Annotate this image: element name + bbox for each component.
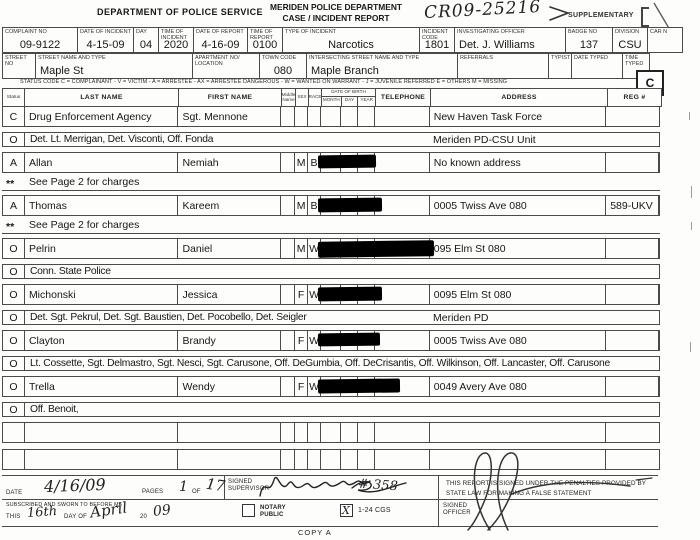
col-dob: DATE OF BIRTH MONTH DAY YEAR bbox=[322, 89, 376, 106]
reg-cell bbox=[606, 450, 659, 469]
penalty-statement: THIS REPORT IS SIGNED UNDER THE PENALTIE… bbox=[446, 479, 654, 499]
field-date-of-report: DATE OF REPORT4-16-09 bbox=[193, 27, 248, 53]
sex-cell: M bbox=[295, 196, 308, 215]
middle-name-cell bbox=[281, 331, 295, 350]
date-handwritten: 4/16/09 bbox=[44, 475, 106, 496]
notary-label: NOTARY PUBLIC bbox=[260, 505, 286, 519]
notary-label-line1: NOTARY bbox=[260, 505, 286, 511]
roster-row: OTrellaWendyFW0049 Avery Ave 080 bbox=[2, 376, 660, 397]
status-cell: C bbox=[3, 107, 25, 126]
field-label: INVESTIGATING OFFICER bbox=[455, 28, 565, 35]
pages-total-handwritten: 17 bbox=[205, 475, 226, 495]
scan-mark bbox=[690, 342, 691, 352]
middle-name-cell bbox=[281, 107, 295, 126]
date-label: DATE bbox=[6, 490, 22, 497]
this-label: THIS bbox=[6, 514, 20, 521]
field-label: TOWN CODE bbox=[260, 54, 306, 61]
col-sex-label: SEX bbox=[297, 95, 306, 100]
field-time-of-report: TIME OF REPORT0100 bbox=[247, 27, 283, 53]
incident-report-page: DEPARTMENT OF POLICE SERVICE MERIDEN POL… bbox=[0, 0, 700, 540]
supplementary-checkbox bbox=[641, 7, 649, 27]
sex-cell bbox=[295, 450, 308, 469]
reg-cell bbox=[606, 285, 659, 304]
field-apartment-no-location: APARTMENT NO/ LOCATION bbox=[192, 53, 260, 79]
telephone-cell bbox=[375, 331, 430, 350]
address-cell: 095 Elm St 080 bbox=[430, 239, 606, 258]
dob-redaction-bar bbox=[318, 378, 400, 393]
roster-row: OLt. Cossette, Sgt. Delmastro, Sgt. Nesc… bbox=[2, 356, 660, 371]
address-cell bbox=[430, 450, 606, 469]
col-race-label: RACE bbox=[309, 95, 321, 100]
field-street-name-and-type: STREET NAME AND TYPEMaple St bbox=[35, 53, 193, 79]
field-label: TYPE OF INCIDENT bbox=[283, 28, 419, 35]
first-name-cell bbox=[178, 450, 281, 469]
dob-year-cell bbox=[358, 450, 375, 469]
notary-label-line2: PUBLIC bbox=[260, 512, 284, 518]
last-name-cell: Trella bbox=[25, 377, 179, 396]
field-label: INTERSECTING STREET NAME AND TYPE bbox=[307, 54, 457, 61]
scan-mark bbox=[691, 222, 692, 230]
roster-row: CDrug Enforcement AgencySgt. MennoneNew … bbox=[2, 106, 660, 127]
middle-name-cell bbox=[281, 285, 295, 304]
col-dob-subheaders: MONTH DAY YEAR bbox=[322, 96, 375, 106]
dob-day-cell bbox=[341, 107, 358, 126]
first-name-cell: Nemiah bbox=[178, 153, 281, 172]
status-cell: ** bbox=[6, 178, 14, 190]
race-cell bbox=[308, 450, 321, 469]
cgs-label: 1-24 CGS bbox=[358, 507, 391, 515]
status-cell: ** bbox=[6, 221, 14, 233]
telephone-cell bbox=[375, 285, 430, 304]
field-label: DAY bbox=[134, 28, 158, 35]
supplementary-label: SUPPLEMENTARY bbox=[568, 12, 634, 19]
col-first-name: FIRST NAME bbox=[179, 89, 282, 106]
status-cell: O bbox=[3, 357, 25, 370]
col-middle-name: Middle Name bbox=[282, 89, 296, 106]
field-label: STREET NAME AND TYPE bbox=[36, 54, 192, 61]
sex-cell bbox=[295, 423, 308, 442]
col-race: RACE bbox=[309, 89, 322, 106]
sworn-month-handwritten: April bbox=[89, 498, 128, 521]
field-label: DATE OF INCIDENT bbox=[78, 28, 133, 35]
status-cell: O bbox=[3, 311, 25, 324]
address-cell: 0005 Twiss Ave 080 bbox=[430, 196, 606, 215]
address-cell bbox=[430, 423, 606, 442]
field-car-n: CAR N bbox=[647, 27, 683, 53]
field-value: CSU bbox=[613, 39, 647, 51]
col-dob-month-label: MONTH bbox=[322, 97, 342, 106]
address-cell: Meriden PD bbox=[433, 312, 488, 324]
signed-officer-label-line2: OFFICER bbox=[443, 510, 471, 516]
field-date-typed: DATE TYPED bbox=[571, 53, 623, 79]
dob-day-cell bbox=[341, 423, 358, 442]
field-label: REFERRALS bbox=[458, 54, 548, 61]
col-middle-name-label: Middle Name bbox=[282, 93, 295, 103]
row-text: Det. Sgt. Pekrul, Det. Sgt. Baustien, De… bbox=[30, 312, 307, 323]
dob-year-cell bbox=[358, 107, 375, 126]
col-first-name-label: FIRST NAME bbox=[208, 94, 253, 101]
row-text: Conn. State Police bbox=[30, 266, 111, 277]
field-value: Maple Branch bbox=[307, 65, 457, 77]
field-day: DAY04 bbox=[133, 27, 159, 53]
day-of-label: DAY OF bbox=[64, 514, 87, 521]
field-complaint-no: COMPLAINT NO09-9122 bbox=[2, 27, 78, 53]
info-fields-row2: STREET NOSTREET NAME AND TYPEMaple StAPA… bbox=[2, 53, 650, 79]
field-value: 2020 bbox=[159, 39, 193, 51]
first-name-cell: Kareem bbox=[178, 196, 281, 215]
telephone-cell bbox=[375, 153, 430, 172]
field-label: TYPIST bbox=[549, 54, 571, 61]
address-cell: No known address bbox=[430, 153, 606, 172]
field-value: 1801 bbox=[420, 39, 454, 51]
status-cell: O bbox=[3, 331, 25, 350]
footer-divider-horizontal bbox=[2, 499, 658, 500]
telephone-cell bbox=[375, 107, 430, 126]
col-status: Status bbox=[3, 89, 25, 106]
row-text: See Page 2 for charges bbox=[29, 219, 139, 231]
roster-row: OMichonskiJessicaFW0095 Elm St 080 bbox=[2, 284, 660, 305]
cgs-checkbox-mark: X bbox=[342, 504, 350, 517]
roster-row: OConn. State Police bbox=[2, 264, 660, 279]
sex-cell: F bbox=[295, 377, 308, 396]
first-name-cell bbox=[178, 423, 281, 442]
field-typist: TYPIST bbox=[548, 53, 572, 79]
roster-row: AAllanNemiahMBNo known address bbox=[2, 152, 660, 173]
col-reg-label: REG # bbox=[624, 94, 646, 101]
address-cell: Meriden PD-CSU Unit bbox=[433, 134, 536, 146]
pages-label: PAGES bbox=[142, 489, 163, 496]
dob-redaction-bar bbox=[318, 287, 382, 302]
info-fields-row1: COMPLAINT NO09-9122DATE OF INCIDENT4-15-… bbox=[2, 27, 683, 53]
reg-cell bbox=[606, 107, 659, 126]
middle-name-cell bbox=[281, 239, 295, 258]
year-prefix-label: 20 bbox=[140, 514, 147, 521]
cgs-checkbox: X bbox=[340, 504, 353, 517]
field-value: 0100 bbox=[248, 39, 282, 51]
field-value: 04 bbox=[134, 39, 158, 51]
status-cell: A bbox=[3, 153, 25, 172]
middle-name-cell bbox=[281, 450, 295, 469]
sex-cell: F bbox=[295, 285, 308, 304]
last-name-cell: Thomas bbox=[25, 196, 179, 215]
status-cell: O bbox=[3, 239, 25, 258]
last-name-cell: Michonski bbox=[25, 285, 179, 304]
field-incident-code: INCIDENT CODE1801 bbox=[419, 27, 455, 53]
last-name-cell: Pelrin bbox=[25, 239, 179, 258]
dob-month-cell bbox=[321, 107, 341, 126]
roster-row: **See Page 2 for charges bbox=[2, 178, 660, 191]
sworn-day-handwritten: 16th bbox=[27, 504, 58, 521]
address-cell: 0049 Avery Ave 080 bbox=[430, 377, 606, 396]
field-value: Maple St bbox=[36, 65, 192, 77]
roster-row bbox=[2, 422, 660, 443]
field-value: Narcotics bbox=[283, 39, 419, 51]
address-cell: New Haven Task Force bbox=[430, 107, 606, 126]
status-cell: A bbox=[3, 196, 25, 215]
supervisor-badge-handwritten: # 358 bbox=[358, 477, 399, 495]
field-intersecting-street-name-and-type: INTERSECTING STREET NAME AND TYPEMaple B… bbox=[306, 53, 458, 79]
first-name-cell: Wendy bbox=[178, 377, 281, 396]
roster-row: AThomasKareemMB0005 Twiss Ave 080589-UKV bbox=[2, 195, 660, 216]
telephone-cell bbox=[375, 196, 430, 215]
last-name-cell: Allan bbox=[25, 153, 179, 172]
reg-cell bbox=[606, 153, 659, 172]
sex-cell: M bbox=[295, 239, 308, 258]
field-value: 080 bbox=[260, 65, 306, 77]
signed-supervisor-label-line1: SIGNED bbox=[228, 479, 252, 485]
last-name-cell bbox=[25, 423, 179, 442]
field-label: COMPLAINT NO bbox=[3, 28, 77, 35]
sex-cell: M bbox=[295, 153, 308, 172]
col-dob-day-label: DAY bbox=[342, 97, 359, 106]
field-label: TIME TYPED bbox=[623, 54, 649, 67]
status-cell: O bbox=[3, 265, 25, 278]
col-dob-year-label: YEAR bbox=[358, 97, 375, 106]
col-status-label: Status bbox=[7, 95, 21, 100]
status-cell: O bbox=[3, 377, 25, 396]
address-cell: 0095 Elm St 080 bbox=[430, 285, 606, 304]
roster-row: ODet. Sgt. Pekrul, Det. Sgt. Baustien, D… bbox=[2, 310, 660, 325]
roster-row: OClaytonBrandyFW0005 Twiss Ave 080 bbox=[2, 330, 660, 351]
last-name-cell: Drug Enforcement Agency bbox=[25, 107, 179, 126]
roster-row: OPelrinDanielMW095 Elm St 080 bbox=[2, 238, 660, 259]
roster-row: **See Page 2 for charges bbox=[2, 221, 660, 234]
first-name-cell: Sgt. Mennone bbox=[178, 107, 281, 126]
scan-mark bbox=[691, 186, 692, 198]
dob-redaction-bar bbox=[318, 240, 434, 258]
roster-row bbox=[2, 449, 660, 470]
dob-redaction-bar bbox=[318, 155, 376, 169]
race-cell bbox=[308, 107, 321, 126]
col-reg: REG # bbox=[608, 89, 661, 106]
middle-name-cell bbox=[281, 423, 295, 442]
row-text: Lt. Cossette, Sgt. Delmastro, Sgt. Nesci… bbox=[30, 358, 610, 369]
status-code-legend: STATUS CODE C = COMPLAINANT - V = VICTIM… bbox=[20, 79, 507, 85]
handwritten-case-number: CR09-25216 bbox=[424, 0, 542, 23]
field-value: 09-9122 bbox=[3, 39, 77, 51]
report-title-line2: CASE / INCIDENT REPORT bbox=[238, 13, 434, 24]
field-label: DIVISION bbox=[613, 28, 647, 35]
telephone-cell bbox=[375, 423, 430, 442]
penalty-statement-line2: STATE LAW FOR MAKING A FALSE STATEMENT bbox=[446, 490, 592, 497]
address-cell: 0005 Twiss Ave 080 bbox=[430, 331, 606, 350]
field-division: DIVISIONCSU bbox=[612, 27, 648, 53]
pages-current-handwritten: 1 bbox=[179, 479, 188, 495]
field-date-of-incident: DATE OF INCIDENT4-15-09 bbox=[77, 27, 134, 53]
field-value: 137 bbox=[566, 39, 612, 51]
dob-day-cell bbox=[341, 450, 358, 469]
roster-header-row: Status LAST NAME FIRST NAME Middle Name … bbox=[2, 88, 662, 107]
field-town-code: TOWN CODE080 bbox=[259, 53, 307, 79]
field-label: STREET NO bbox=[3, 54, 35, 67]
signed-officer-label-line1: SIGNED bbox=[443, 503, 467, 509]
col-last-name: LAST NAME bbox=[25, 89, 179, 106]
col-address-label: ADDRESS bbox=[501, 94, 536, 101]
field-label: DATE TYPED bbox=[572, 54, 622, 61]
status-cell: O bbox=[3, 133, 25, 146]
first-name-cell: Daniel bbox=[178, 239, 281, 258]
sworn-year-handwritten: 09 bbox=[152, 502, 171, 520]
row-text: Off. Benoit, bbox=[30, 404, 78, 415]
field-time-of-incident: TIME OF INCIDENT2020 bbox=[158, 27, 194, 53]
signed-officer-label: SIGNED OFFICER bbox=[443, 503, 471, 517]
status-cell bbox=[3, 450, 25, 469]
reg-cell bbox=[606, 239, 659, 258]
report-title: MERIDEN POLICE DEPARTMENT CASE / INCIDEN… bbox=[238, 2, 434, 23]
status-cell bbox=[3, 423, 25, 442]
col-telephone: TELEPHONE bbox=[376, 89, 431, 106]
field-type-of-incident: TYPE OF INCIDENTNarcotics bbox=[282, 27, 420, 53]
penalty-statement-line1: THIS REPORT IS SIGNED UNDER THE PENALTIE… bbox=[446, 480, 646, 487]
first-name-cell: Brandy bbox=[178, 331, 281, 350]
reg-cell: 589-UKV bbox=[606, 196, 659, 215]
middle-name-cell bbox=[281, 377, 295, 396]
row-text: See Page 2 for charges bbox=[29, 176, 139, 188]
roster-row: ODet. Lt. Merrigan, Det. Visconti, Off. … bbox=[2, 132, 660, 147]
field-label: DATE OF REPORT bbox=[194, 28, 247, 35]
of-label: OF bbox=[192, 489, 201, 496]
field-value: Det. J. Williams bbox=[455, 39, 565, 51]
col-sex: SEX bbox=[296, 89, 309, 106]
field-street-no: STREET NO bbox=[2, 53, 36, 79]
field-referrals: REFERRALS bbox=[457, 53, 549, 79]
footer-divider-vertical-2 bbox=[438, 476, 439, 526]
footer-section: DATE 4/16/09 PAGES 1 OF 17 SIGNED SUPERV… bbox=[2, 475, 658, 527]
status-cell: O bbox=[3, 403, 25, 416]
middle-name-cell bbox=[281, 153, 295, 172]
copy-label: COPY A bbox=[298, 528, 332, 537]
dob-redaction-bar bbox=[318, 333, 380, 347]
signed-supervisor-label: SIGNED SUPERVISOR bbox=[228, 479, 269, 493]
roster-row: OOff. Benoit, bbox=[2, 402, 660, 417]
field-value: 4-15-09 bbox=[78, 39, 133, 51]
reg-cell bbox=[606, 377, 659, 396]
reg-cell bbox=[606, 331, 659, 350]
roster-rows: CDrug Enforcement AgencySgt. MennoneNew … bbox=[2, 106, 660, 475]
telephone-cell bbox=[375, 450, 430, 469]
field-label: APARTMENT NO/ LOCATION bbox=[193, 54, 259, 67]
last-name-cell bbox=[25, 450, 179, 469]
report-title-line1: MERIDEN POLICE DEPARTMENT bbox=[238, 2, 434, 13]
field-value: 4-16-09 bbox=[194, 39, 247, 51]
scan-mark bbox=[689, 112, 690, 120]
dob-month-cell bbox=[321, 423, 341, 442]
dob-year-cell bbox=[358, 423, 375, 442]
sex-cell bbox=[295, 107, 308, 126]
field-label: BADGE NO bbox=[566, 28, 612, 35]
dob-month-cell bbox=[321, 450, 341, 469]
first-name-cell: Jessica bbox=[178, 285, 281, 304]
field-label: CAR N bbox=[648, 28, 682, 35]
row-text: Det. Lt. Merrigan, Det. Visconti, Off. F… bbox=[30, 134, 213, 145]
dob-redaction-bar bbox=[318, 198, 382, 213]
col-dob-label: DATE OF BIRTH bbox=[331, 90, 366, 95]
signed-supervisor-label-line2: SUPERVISOR bbox=[228, 486, 269, 492]
field-investigating-officer: INVESTIGATING OFFICERDet. J. Williams bbox=[454, 27, 566, 53]
middle-name-cell bbox=[281, 196, 295, 215]
notary-checkbox bbox=[242, 504, 255, 517]
field-badge-no: BADGE NO137 bbox=[565, 27, 613, 53]
col-last-name-label: LAST NAME bbox=[80, 94, 122, 101]
race-cell bbox=[308, 423, 321, 442]
status-cell: O bbox=[3, 285, 25, 304]
last-name-cell: Clayton bbox=[25, 331, 179, 350]
col-telephone-label: TELEPHONE bbox=[381, 94, 425, 101]
sex-cell: F bbox=[295, 331, 308, 350]
reg-cell bbox=[606, 423, 659, 442]
col-address: ADDRESS bbox=[431, 89, 608, 106]
